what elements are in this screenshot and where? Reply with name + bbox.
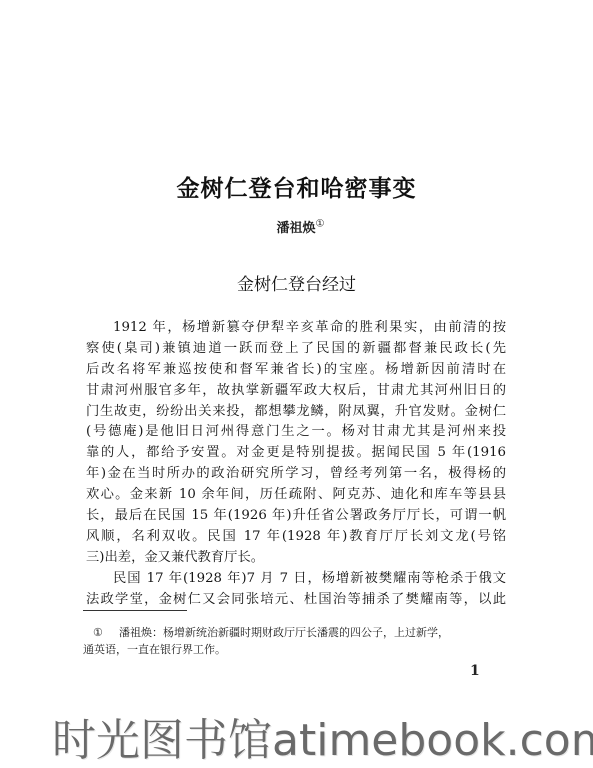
text-line: 1912 年，杨增新篡夺伊犁辛亥革命的胜利果实，由前清的按 — [86, 318, 506, 339]
page-number: 1 — [470, 663, 480, 679]
text-line: 年)金在当时所办的政治研究所学习，曾经考列第一名，极得杨的 — [86, 464, 506, 485]
footnote: ①潘祖焕：杨增新统治新疆时期财政厅厅长潘震的四公子，上过新学， 通英语，一直在银… — [83, 624, 503, 658]
footnote-divider — [83, 610, 187, 611]
footnote-reference[interactable]: ① — [316, 219, 325, 230]
text-line: (号德庵)是他旧日河州得意门生之一。杨对甘肃尤其是河州来投 — [86, 422, 506, 443]
footnote-mark: ① — [83, 624, 119, 641]
article-title: 金树仁登台和哈密事变 — [0, 170, 593, 203]
text-line: 长，最后在民国 15 年(1926 年)升任省公署政务厅厅长，可谓一帆 — [86, 506, 506, 527]
text-line: 风顺，名利双收。民国 17 年(1928 年)教育厅厅长刘文龙(号铭 — [86, 527, 506, 548]
footnote-line: 通英语，一直在银行界工作。 — [83, 641, 503, 658]
section-heading: 金树仁登台经过 — [0, 270, 593, 295]
author-name: 潘祖焕 — [277, 221, 316, 236]
text-line: 三)出差，金又兼代教育厅长。 — [86, 548, 506, 569]
text-line: 靠的人，都给予安置。对金更是特别提拔。据闻民国 5 年(1916 — [86, 443, 506, 464]
text-line: 法政学堂，金树仁又会同张培元、杜国治等捕杀了樊耀南等，以此 — [86, 590, 506, 611]
book-page: 金树仁登台和哈密事变 潘祖焕① 金树仁登台经过 1912 年，杨增新篡夺伊犁辛亥… — [0, 0, 593, 768]
body-text: 1912 年，杨增新篡夺伊犁辛亥革命的胜利果实，由前清的按 察使(臬司)兼镇迪道… — [86, 318, 506, 610]
watermark: 时光图书馆atimebook.com — [52, 704, 593, 768]
footnote-line: ①潘祖焕：杨增新统治新疆时期财政厅厅长潘震的四公子，上过新学， — [83, 624, 503, 641]
footnote-text: 潘祖焕：杨增新统治新疆时期财政厅厅长潘震的四公子，上过新学， — [119, 626, 449, 639]
author-byline: 潘祖焕① — [0, 217, 593, 236]
text-line: 门生故吏，纷纷出关来投，都想攀龙鳞，附凤翼，升官发财。金树仁 — [86, 402, 506, 423]
text-line: 甘肃河州服官多年，故执掌新疆军政大权后，甘肃尤其河州旧日的 — [86, 381, 506, 402]
text-line: 察使(臬司)兼镇迪道一跃而登上了民国的新疆都督兼民政长(先 — [86, 339, 506, 360]
text-line: 民国 17 年(1928 年)7 月 7 日，杨增新被樊耀南等枪杀于俄文 — [86, 569, 506, 590]
text-line: 欢心。金来新 10 余年间，历任疏附、阿克苏、迪化和库车等县县 — [86, 485, 506, 506]
text-line: 后改名将军兼巡按使和督军兼省长)的宝座。杨增新因前清时在 — [86, 360, 506, 381]
